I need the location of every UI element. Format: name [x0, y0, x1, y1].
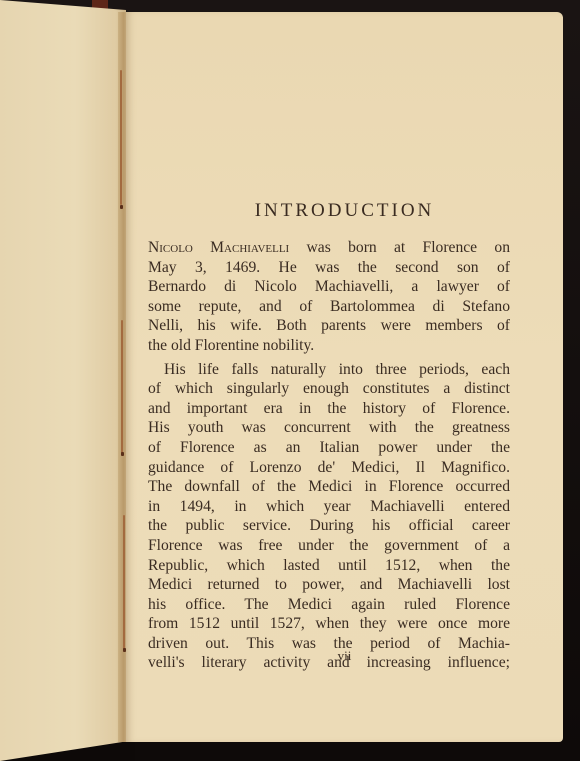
text-line: and important era in the history of Flor… — [148, 399, 510, 419]
left-blank-page — [0, 0, 126, 761]
text-line: Republic, which lasted until 1512, when … — [148, 556, 510, 576]
text-line: his office. The Medici again ruled Flore… — [148, 595, 510, 615]
text-line: Nicolo Machiavelli was born at Florence … — [148, 238, 510, 258]
text-line: of which singularly enough constitutes a… — [148, 379, 510, 399]
body-text: Nicolo Machiavelli was born at Florence … — [148, 238, 510, 673]
text-line: of Florence as an Italian power under th… — [148, 438, 510, 458]
text-line: the public service. During his official … — [148, 516, 510, 536]
text-line: Nelli, his wife. Both parents were membe… — [148, 316, 510, 336]
text-line: some repute, and of Bartolommea di Stefa… — [148, 297, 510, 317]
text-line: Florence was free under the government o… — [148, 536, 510, 556]
binding-thread — [120, 70, 122, 205]
text-fragment: was born at Florence on — [289, 239, 510, 256]
text-line: the old Florentine nobility. — [148, 336, 510, 356]
text-line: The downfall of the Medici in Florence o… — [148, 477, 510, 497]
binding-knot — [121, 452, 124, 456]
page-number: vii — [126, 648, 563, 664]
binding-knot — [120, 205, 123, 209]
text-line: Bernardo di Nicolo Machiavelli, a lawyer… — [148, 277, 510, 297]
text-line: in 1494, in which year Machiavelli enter… — [148, 497, 510, 517]
binding-thread — [123, 515, 125, 650]
text-line: guidance of Lorenzo de' Medici, Il Magni… — [148, 458, 510, 478]
text-line: Medici returned to power, and Machiavell… — [148, 575, 510, 595]
author-name-smallcaps: Nicolo Machiavelli — [148, 239, 289, 256]
chapter-title: INTRODUCTION — [126, 200, 563, 222]
text-line: His life falls naturally into three peri… — [148, 360, 510, 380]
text-line: May 3, 1469. He was the second son of — [148, 258, 510, 278]
binding-thread — [121, 320, 123, 455]
text-line: His youth was concurrent with the greatn… — [148, 418, 510, 438]
text-line: from 1512 until 1527, when they were onc… — [148, 614, 510, 634]
